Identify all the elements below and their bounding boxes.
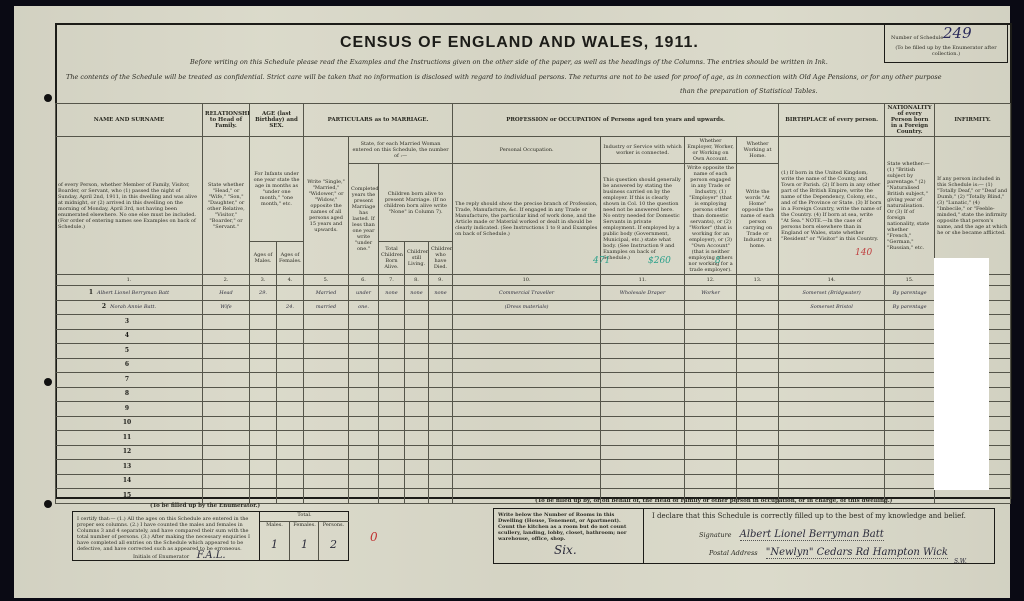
cell-died xyxy=(429,489,453,504)
cell-birthplace xyxy=(779,445,885,460)
cell-home xyxy=(737,402,779,417)
col-nationality-heading: NATIONALITY of every Person born in a Fo… xyxy=(885,104,935,137)
cell-birthplace xyxy=(779,373,885,388)
cell-years xyxy=(349,402,379,417)
cell-home xyxy=(737,329,779,344)
cell-status xyxy=(304,387,349,402)
cell-name: 1Albert Lionel Berryman Batt xyxy=(56,286,203,301)
col-num: 1. xyxy=(56,275,203,286)
cell-home xyxy=(737,286,779,301)
cell-age_f xyxy=(277,286,304,301)
cell-age_f xyxy=(277,402,304,417)
cell-home xyxy=(737,387,779,402)
cell-employer xyxy=(685,344,737,359)
cell-age_m xyxy=(250,460,277,475)
cell-industry xyxy=(601,329,685,344)
cell-age_f xyxy=(277,416,304,431)
employer-code-annotation: 8 xyxy=(715,256,721,266)
cell-total xyxy=(379,358,405,373)
males-value: 1 xyxy=(260,538,289,551)
col-num: 5. xyxy=(304,275,349,286)
cell-years xyxy=(349,489,379,504)
col-completed-years: Completed years the present Marriage has… xyxy=(349,164,379,275)
cell-age_f xyxy=(277,373,304,388)
cell-nationality xyxy=(885,431,935,446)
cell-employer xyxy=(685,445,737,460)
cell-name: 3 xyxy=(56,315,203,330)
cell-age_m xyxy=(250,402,277,417)
cell-total xyxy=(379,489,405,504)
females-label: Females. xyxy=(290,522,319,528)
col-num: 15. xyxy=(885,275,935,286)
cell-occupation xyxy=(453,474,601,489)
cell-nationality xyxy=(885,474,935,489)
cell-industry xyxy=(601,431,685,446)
cell-rel xyxy=(203,474,250,489)
cell-industry xyxy=(601,474,685,489)
cell-status xyxy=(304,402,349,417)
cell-nationality xyxy=(885,460,935,475)
col-nationality-instructions: State whether:— (1) "British subject by … xyxy=(885,137,935,275)
col-total-children: Total Children Born Alive. xyxy=(379,242,405,275)
table-row: 14 xyxy=(56,474,1011,489)
cell-employer xyxy=(685,402,737,417)
cell-home xyxy=(737,373,779,388)
signature-value: Albert Lionel Berryman Batt xyxy=(740,529,884,541)
cell-age_f xyxy=(277,315,304,330)
table-row: 4 xyxy=(56,329,1011,344)
cell-living xyxy=(405,489,429,504)
table-row: 6 xyxy=(56,358,1011,373)
cell-occupation: (Dress materials) xyxy=(453,300,601,315)
cell-home xyxy=(737,416,779,431)
cell-birthplace xyxy=(779,416,885,431)
cell-occupation xyxy=(453,344,601,359)
confidential-notice-cont: than the preparation of Statistical Tabl… xyxy=(680,87,818,95)
cell-status xyxy=(304,416,349,431)
col-industry-instructions: This question should generally be answer… xyxy=(601,164,685,275)
cell-occupation xyxy=(453,431,601,446)
enumerator-initials: Initials of Enumerator F.A.L. xyxy=(133,550,226,561)
col-num: 11. xyxy=(601,275,685,286)
cell-name: 14 xyxy=(56,474,203,489)
cell-age_m xyxy=(250,387,277,402)
col-marriage-write: Write "Single," "Married," "Widower," or… xyxy=(304,137,349,275)
enumerator-section-title: (To be filled up by the Enumerator.) xyxy=(150,503,260,509)
col-home: Whether Working at Home. xyxy=(737,137,779,164)
cell-employer xyxy=(685,416,737,431)
cell-years xyxy=(349,373,379,388)
cell-occupation xyxy=(453,358,601,373)
cell-age_m xyxy=(250,344,277,359)
cell-status xyxy=(304,358,349,373)
cell-infirmity xyxy=(935,489,1011,504)
table-row: 13 xyxy=(56,460,1011,475)
persons-total: Persons.2 xyxy=(318,522,348,560)
cell-total xyxy=(379,431,405,446)
cell-occupation xyxy=(453,402,601,417)
cell-age_m xyxy=(250,373,277,388)
cell-age_m xyxy=(250,329,277,344)
table-row: 2Norah Annie Batt.Wife24.marriedone.(Dre… xyxy=(56,300,1011,315)
rooms-instructions: Write below the Number of Rooms in this … xyxy=(498,512,626,542)
table-row: 1Albert Lionel Berryman BattHead29.Marri… xyxy=(56,286,1011,301)
cell-living xyxy=(405,474,429,489)
row-number: 10 xyxy=(123,419,131,426)
cell-occupation: Commercial Traveller xyxy=(453,286,601,301)
cell-industry xyxy=(601,358,685,373)
col-age-heading: AGE (last Birthday) and SEX. xyxy=(250,104,304,137)
postal-address-line: Postal Address "Newlyn" Cedars Rd Hampto… xyxy=(709,547,948,558)
cell-nationality xyxy=(885,358,935,373)
males-label: Males. xyxy=(260,522,289,528)
cell-nationality: By parentage xyxy=(885,286,935,301)
cell-nationality xyxy=(885,344,935,359)
cell-occupation xyxy=(453,315,601,330)
cell-rel xyxy=(203,329,250,344)
cell-rel: Wife xyxy=(203,300,250,315)
cell-nationality xyxy=(885,416,935,431)
cell-birthplace xyxy=(779,358,885,373)
col-num: 4. xyxy=(277,275,304,286)
cell-name: 15 xyxy=(56,489,203,504)
cell-occupation xyxy=(453,445,601,460)
cell-living xyxy=(405,300,429,315)
cell-home xyxy=(737,431,779,446)
cell-home xyxy=(737,460,779,475)
col-relationship-instructions: State whether "Head," or "Wife," "Son," … xyxy=(203,137,250,275)
cell-birthplace: Somerset (Bridgwater) xyxy=(779,286,885,301)
cell-industry xyxy=(601,373,685,388)
cell-status: married xyxy=(304,300,349,315)
col-num: 3. xyxy=(250,275,277,286)
row-number: 6 xyxy=(125,361,129,368)
col-age-instructions: For Infants under one year state the age… xyxy=(250,137,304,242)
cell-total xyxy=(379,329,405,344)
col-industry: Industry or Service with which worker is… xyxy=(601,137,685,164)
cell-birthplace xyxy=(779,329,885,344)
cell-status xyxy=(304,474,349,489)
table-row: 9 xyxy=(56,402,1011,417)
birthplace-code-annotation: 140 xyxy=(855,248,872,258)
cell-years xyxy=(349,315,379,330)
cell-nationality xyxy=(885,329,935,344)
cell-status xyxy=(304,489,349,504)
cell-rel xyxy=(203,344,250,359)
col-personal-occupation: Personal Occupation. xyxy=(453,137,601,164)
cell-employer xyxy=(685,460,737,475)
table-row: 7 xyxy=(56,373,1011,388)
col-children-living: Children still Living. xyxy=(405,242,429,275)
cell-rel: Head xyxy=(203,286,250,301)
cell-employer xyxy=(685,300,737,315)
cell-status xyxy=(304,315,349,330)
cell-nationality xyxy=(885,373,935,388)
cell-living xyxy=(405,387,429,402)
cell-status xyxy=(304,373,349,388)
head-section-title: (To be filled up by, or on behalf of, th… xyxy=(535,498,892,504)
table-row: 12 xyxy=(56,445,1011,460)
cell-total xyxy=(379,402,405,417)
cell-name: 5 xyxy=(56,344,203,359)
cell-died xyxy=(429,431,453,446)
cell-age_f xyxy=(277,358,304,373)
cell-died xyxy=(429,373,453,388)
cell-industry xyxy=(601,460,685,475)
schedule-number-label: Number of Schedule xyxy=(891,35,943,41)
document-title: CENSUS OF ENGLAND AND WALES, 1911. xyxy=(340,34,699,52)
cell-died xyxy=(429,460,453,475)
col-profession-heading: PROFESSION or OCCUPATION of Persons aged… xyxy=(453,104,779,137)
row-number: 9 xyxy=(125,405,129,412)
females-total: Females.1 xyxy=(289,522,319,560)
cell-died xyxy=(429,387,453,402)
cell-total xyxy=(379,300,405,315)
cell-total xyxy=(379,344,405,359)
table-row: 10 xyxy=(56,416,1011,431)
cell-rel xyxy=(203,416,250,431)
col-num: 13. xyxy=(737,275,779,286)
cell-rel xyxy=(203,358,250,373)
cell-age_f xyxy=(277,344,304,359)
address-value: "Newlyn" Cedars Rd Hampton Wick xyxy=(766,547,948,559)
row-number: 2 xyxy=(102,303,106,310)
cell-name: 7 xyxy=(56,373,203,388)
cell-birthplace xyxy=(779,460,885,475)
cell-years: one. xyxy=(349,300,379,315)
person-name: Norah Annie Batt. xyxy=(110,304,156,310)
col-children-died: Children who have Died. xyxy=(429,242,453,275)
cell-birthplace xyxy=(779,344,885,359)
punch-hole xyxy=(44,378,52,386)
instructions-note: Before writing on this Schedule please r… xyxy=(190,58,828,66)
cell-total xyxy=(379,445,405,460)
row-number: 15 xyxy=(123,492,131,499)
signature-line: Signature Albert Lionel Berryman Batt xyxy=(699,529,884,540)
cell-industry xyxy=(601,387,685,402)
table-row: 8 xyxy=(56,387,1011,402)
cell-name: 6 xyxy=(56,358,203,373)
row-number: 8 xyxy=(125,390,129,397)
cell-birthplace xyxy=(779,431,885,446)
cell-total xyxy=(379,474,405,489)
row-number: 7 xyxy=(125,376,129,383)
cell-age_m xyxy=(250,300,277,315)
cell-living xyxy=(405,344,429,359)
cell-age_m xyxy=(250,431,277,446)
cell-living xyxy=(405,373,429,388)
cell-rel xyxy=(203,445,250,460)
col-employer: Whether Employer, Worker, or Working on … xyxy=(685,137,737,164)
persons-label: Persons. xyxy=(319,522,348,528)
col-ages-females: Ages of Females. xyxy=(277,242,304,275)
col-num: 8. xyxy=(405,275,429,286)
cell-age_f xyxy=(277,474,304,489)
cell-age_f xyxy=(277,329,304,344)
cell-age_m xyxy=(250,416,277,431)
punch-hole xyxy=(44,500,52,508)
col-infirmity-instructions: If any person included in this Schedule … xyxy=(935,137,1011,275)
cell-birthplace xyxy=(779,402,885,417)
cell-years xyxy=(349,474,379,489)
col-ages-males: Ages of Males. xyxy=(250,242,277,275)
cell-industry xyxy=(601,402,685,417)
cell-occupation xyxy=(453,373,601,388)
cell-living xyxy=(405,402,429,417)
cell-years xyxy=(349,445,379,460)
table-row: 3 xyxy=(56,315,1011,330)
cell-died xyxy=(429,344,453,359)
total-label: Total. xyxy=(260,512,349,522)
cell-living xyxy=(405,358,429,373)
cell-years xyxy=(349,344,379,359)
initials-label: Initials of Enumerator xyxy=(133,554,189,560)
address-label: Postal Address xyxy=(709,549,758,557)
col-num: 12. xyxy=(685,275,737,286)
cell-occupation xyxy=(453,416,601,431)
cell-status xyxy=(304,445,349,460)
signature-label: Signature xyxy=(699,531,732,539)
cell-total xyxy=(379,373,405,388)
cell-nationality xyxy=(885,402,935,417)
cell-years xyxy=(349,431,379,446)
table-row: 11 xyxy=(56,431,1011,446)
cell-died xyxy=(429,315,453,330)
row-number: 1 xyxy=(89,289,93,296)
row-number: 4 xyxy=(125,332,129,339)
census-rows: 1Albert Lionel Berryman BattHead29.Marri… xyxy=(56,286,1011,504)
census-table: NAME AND SURNAME RELATIONSHIP to Head of… xyxy=(55,103,1011,504)
cell-rel xyxy=(203,489,250,504)
cell-living xyxy=(405,445,429,460)
declaration-text: I declare that this Schedule is correctl… xyxy=(652,512,966,520)
col-num: 9. xyxy=(429,275,453,286)
col-name-heading: NAME AND SURNAME xyxy=(56,104,203,137)
cell-employer xyxy=(685,373,737,388)
cell-age_f xyxy=(277,489,304,504)
cell-living xyxy=(405,416,429,431)
row-number: 13 xyxy=(123,463,131,470)
cell-years xyxy=(349,329,379,344)
cell-home xyxy=(737,344,779,359)
cell-total: none xyxy=(379,286,405,301)
red-pencil-mark: 0 xyxy=(370,530,378,544)
cell-nationality xyxy=(885,387,935,402)
cell-status: Married xyxy=(304,286,349,301)
col-num: 10. xyxy=(453,275,601,286)
cell-living xyxy=(405,315,429,330)
persons-value: 2 xyxy=(319,538,348,551)
cell-years xyxy=(349,358,379,373)
cell-industry xyxy=(601,416,685,431)
cell-age_f xyxy=(277,445,304,460)
col-birthplace-heading: BIRTHPLACE of every person. xyxy=(779,104,885,137)
cell-industry: Wholesale Draper xyxy=(601,286,685,301)
col-num: 6. xyxy=(349,275,379,286)
rooms-box: Write below the Number of Rooms in this … xyxy=(494,509,644,563)
enumerator-box: I certify that:— (1.) All the ages on th… xyxy=(72,511,349,561)
cell-name: 9 xyxy=(56,402,203,417)
males-total: Males.1 xyxy=(260,522,289,560)
declaration-box: Write below the Number of Rooms in this … xyxy=(493,508,995,564)
col-num: 2. xyxy=(203,275,250,286)
cell-age_m xyxy=(250,474,277,489)
cell-died xyxy=(429,402,453,417)
cell-age_f xyxy=(277,387,304,402)
cell-rel xyxy=(203,402,250,417)
schedule-number-note: (To be filled up by the Enumerator after… xyxy=(891,45,1001,57)
cell-industry xyxy=(601,445,685,460)
cell-rel xyxy=(203,387,250,402)
row-number: 12 xyxy=(123,448,131,455)
cell-died xyxy=(429,358,453,373)
col-infirmity-heading: INFIRMITY. xyxy=(935,104,1011,137)
cell-occupation xyxy=(453,329,601,344)
rooms-value: Six. xyxy=(554,547,577,553)
schedule-number-box: Number of Schedule 249 (To be filled up … xyxy=(884,23,1008,63)
col-num: 7. xyxy=(379,275,405,286)
cell-nationality xyxy=(885,445,935,460)
cell-died xyxy=(429,416,453,431)
cell-rel xyxy=(203,373,250,388)
redacted-infirmity-column xyxy=(934,258,989,490)
cell-home xyxy=(737,315,779,330)
col-marriage-heading: PARTICULARS as to MARRIAGE. xyxy=(304,104,453,137)
cell-age_m: 29. xyxy=(250,286,277,301)
col-children: Children born alive to present Marriage.… xyxy=(379,164,453,242)
cell-years xyxy=(349,460,379,475)
cell-birthplace xyxy=(779,387,885,402)
col-married-woman: State, for each Married Woman entered on… xyxy=(349,137,453,164)
cell-status xyxy=(304,344,349,359)
cell-employer xyxy=(685,387,737,402)
cell-died xyxy=(429,445,453,460)
cell-living xyxy=(405,460,429,475)
cell-years: under xyxy=(349,286,379,301)
cell-birthplace: Somerset Bristol xyxy=(779,300,885,315)
cell-industry xyxy=(601,300,685,315)
row-number: 11 xyxy=(123,434,131,441)
cell-employer xyxy=(685,358,737,373)
cell-occupation xyxy=(453,460,601,475)
females-value: 1 xyxy=(290,538,319,551)
cell-rel xyxy=(203,315,250,330)
confidential-notice: The contents of the Schedule will be tre… xyxy=(66,73,942,81)
cell-status xyxy=(304,329,349,344)
cell-living xyxy=(405,329,429,344)
totals-box: Total. Males.1 Females.1 Persons.2 xyxy=(259,512,349,560)
punch-hole xyxy=(44,94,52,102)
cell-status xyxy=(304,431,349,446)
cell-age_m xyxy=(250,358,277,373)
cell-employer xyxy=(685,315,737,330)
cell-name: 8 xyxy=(56,387,203,402)
cell-home xyxy=(737,358,779,373)
cell-home xyxy=(737,445,779,460)
row-number: 14 xyxy=(123,477,131,484)
cell-rel xyxy=(203,431,250,446)
cell-died xyxy=(429,329,453,344)
cell-age_m xyxy=(250,315,277,330)
row-number: 5 xyxy=(125,347,129,354)
enumerator-certification: I certify that:— (1.) All the ages on th… xyxy=(77,516,255,552)
table-row: 5 xyxy=(56,344,1011,359)
cell-died xyxy=(429,474,453,489)
col-personal-instructions: The reply should show the precise branch… xyxy=(453,164,601,275)
cell-age_m xyxy=(250,489,277,504)
cell-total xyxy=(379,416,405,431)
cell-age_m xyxy=(250,445,277,460)
